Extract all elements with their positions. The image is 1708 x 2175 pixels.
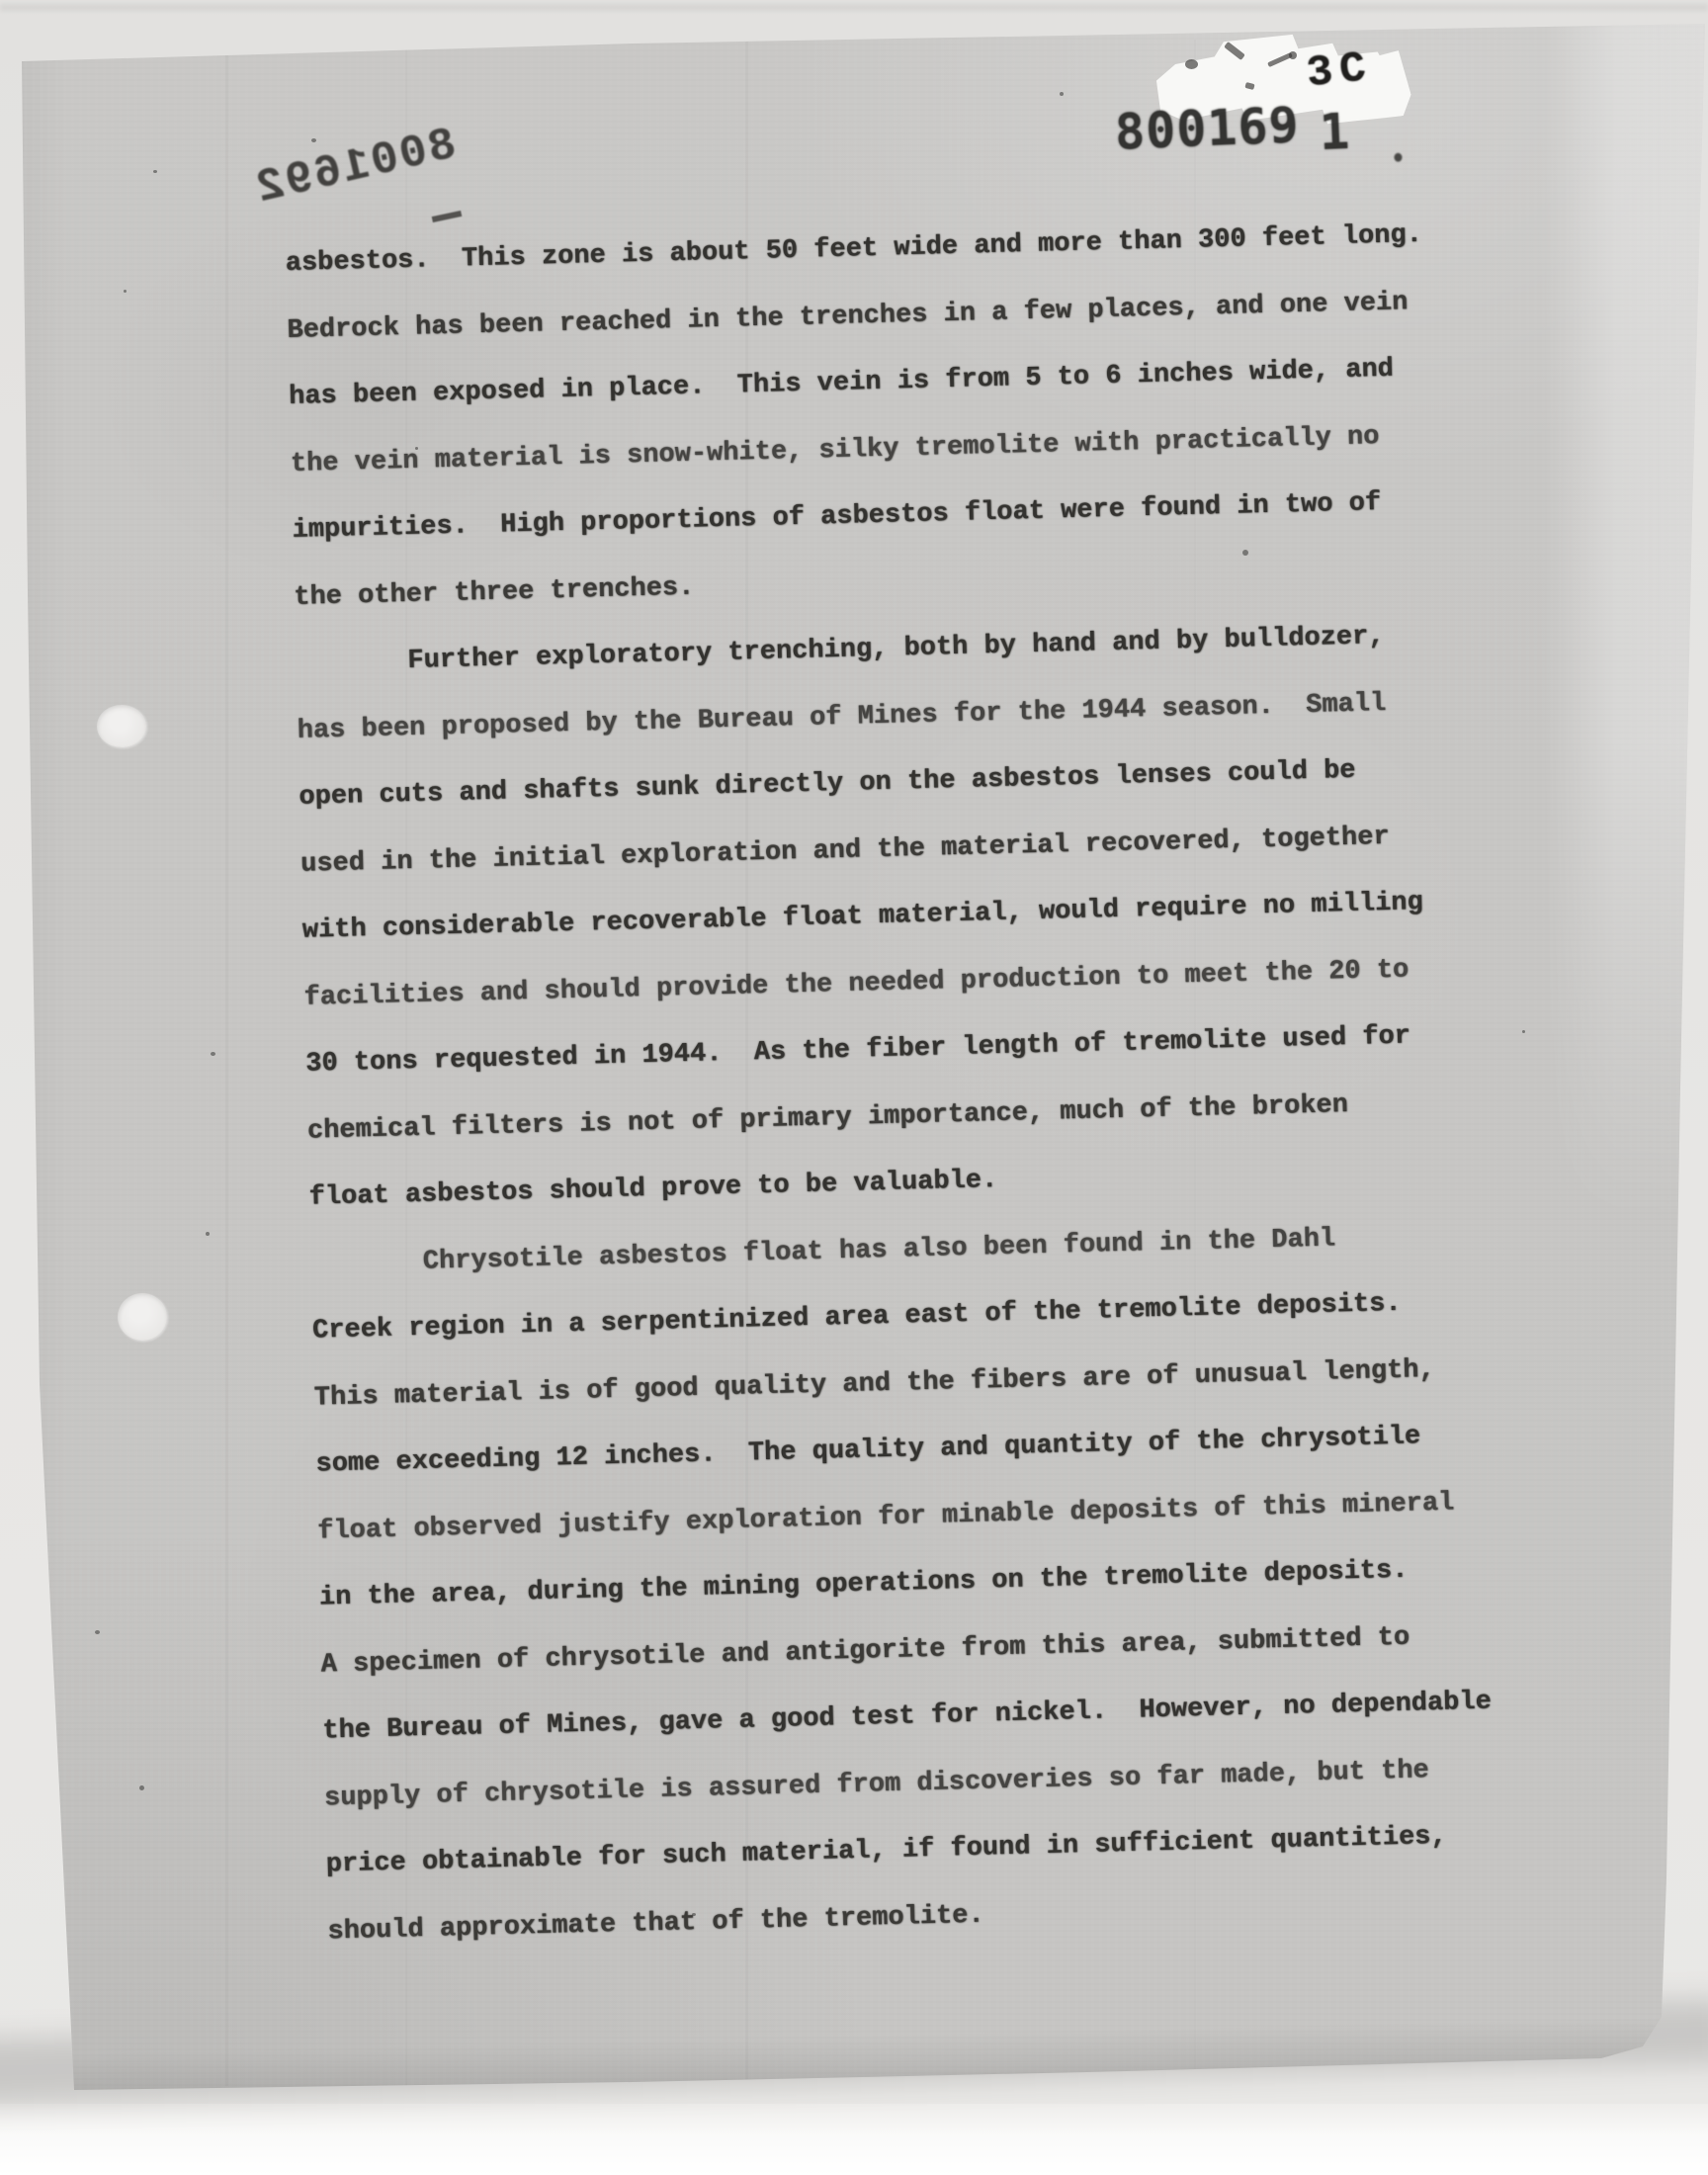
ink-blot xyxy=(1289,51,1297,59)
dust-speck xyxy=(153,170,157,173)
bleedthrough-stamp: 8001692 xyxy=(250,122,460,212)
serial-number-last-digit: 1 xyxy=(1319,107,1351,157)
dust-speck xyxy=(206,1232,210,1236)
page-content: 8001692 asbestos. This zone is about 50 … xyxy=(0,0,1708,2175)
dust-speck xyxy=(415,447,418,450)
dust-speck xyxy=(311,138,316,142)
dust-speck xyxy=(1522,1030,1525,1033)
bleedthrough-underscore-mark xyxy=(432,211,463,222)
serial-number-main: 800169 xyxy=(1114,96,1301,161)
stamp-ink-dot xyxy=(1394,153,1402,162)
dust-speck xyxy=(211,1052,215,1056)
dust-speck xyxy=(124,290,127,293)
serial-number-stamp: 8001691 xyxy=(1114,98,1351,157)
stamp-fragment: 3C xyxy=(1305,46,1375,97)
dust-speck xyxy=(1060,92,1064,96)
scanned-document-page: 8001692 asbestos. This zone is about 50 … xyxy=(0,0,1708,2175)
dust-speck xyxy=(139,1785,144,1790)
dust-speck xyxy=(1242,550,1248,556)
dust-speck xyxy=(692,1913,696,1916)
ink-blot xyxy=(1185,59,1198,69)
dust-speck xyxy=(95,1630,100,1634)
typed-body: asbestos. This zone is about 50 feet wid… xyxy=(285,202,1497,1965)
